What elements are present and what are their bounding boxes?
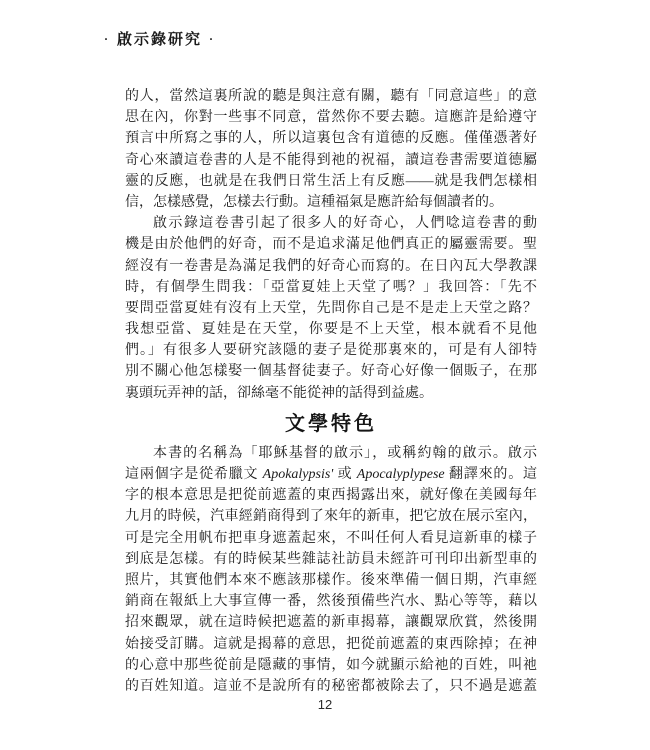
text-line: 銷商在報紙上大事宣傳一番，然後預備些汽水、點心等等，藉以 <box>125 591 537 612</box>
text-line: 時，有個學生問我：「亞當夏娃上天堂了嗎？」我回答：「先不 <box>125 277 537 298</box>
text-line: 的百姓知道。這並不是說所有的秘密都被除去了，只不過是遮蓋 <box>125 676 537 697</box>
text-line: 到底是怎樣。有的時候某些雜誌社訪員未經許可刊印出新型車的 <box>125 549 537 570</box>
text-line: 們。」有很多人要研究該隱的妻子是從那裏來的，可是有人卻特 <box>125 340 537 361</box>
text-line: 預言中所寫之事的人，所以這裏包含有道德的反應。僅僅憑著好 <box>125 128 537 149</box>
text-line: 機是由於他們的好奇，而不是追求滿足他們真正的屬靈需要。聖 <box>125 234 537 255</box>
running-header-title: 啟示錄研究 <box>117 32 202 48</box>
text-line: 的人，當然這裏所說的聽是與注意有關，聽有「同意這些」的意 <box>125 86 537 107</box>
text-line: 招來觀眾，就在這時候把遮蓋的新車揭幕，讓觀眾欣賞，然後開 <box>125 612 537 633</box>
text-line: 奇心來讀這卷書的人是不能得到祂的祝福，讀這卷書需要道德屬 <box>125 150 537 171</box>
text-line: 經沒有一卷書是為滿足我們的好奇心而寫的。在日內瓦大學教課 <box>125 256 537 277</box>
text-line: 九月的時候，汽車經銷商得到了來年的新車，把它放在展示室內， <box>125 506 537 527</box>
text-line: 字的根本意思是把從前遮蓋的東西揭露出來，就好像在美國每年 <box>125 485 537 506</box>
header-dot-left: · <box>104 32 110 46</box>
text-line: 的心意中那些從前是隱藏的事情，如今就顯示給祂的百姓，叫祂 <box>125 655 537 676</box>
text-line: 裏頭玩弄神的話，卻絲毫不能從神的話得到益處。 <box>125 383 537 404</box>
section-heading: 文學特色 <box>125 411 537 437</box>
text-line: 啟示錄這卷書引起了很多人的好奇心，人們唸這卷書的動 <box>125 213 537 234</box>
text-line: 要問亞當夏娃有沒有上天堂，先問你自己是不是走上天堂之路？ <box>125 298 537 319</box>
text-line: 可是完全用帆布把車身遮蓋起來，不叫任何人看見這新車的樣子 <box>125 528 537 549</box>
text-line: 思在內，你對一些事不同意，當然你不要去聽。這應許是給遵守 <box>125 107 537 128</box>
text-line: 別不關心他怎樣娶一個基督徒妻子。好奇心好像一個販子，在那 <box>125 361 537 382</box>
text-line: 靈的反應，也就是在我們日常生活上有反應——就是我們怎樣相 <box>125 171 537 192</box>
text-column: 的人，當然這裏所說的聽是與注意有關，聽有「同意這些」的意思在內，你對一些事不同意… <box>125 86 537 697</box>
page-number: 12 <box>0 697 650 712</box>
header-dot-right: · <box>209 32 215 46</box>
text-line: 始接受訂購。這就是揭幕的意思，把從前遮蓋的東西除掉；在神 <box>125 634 537 655</box>
text-line: 本書的名稱為「耶穌基督的啟示」，或稱約翰的啟示。啟示 <box>125 443 537 464</box>
book-page: ·啟示錄研究· 的人，當然這裏所說的聽是與注意有關，聽有「同意這些」的意思在內，… <box>0 0 650 750</box>
text-line: 這兩個字是從希臘文 Apokalypsis' 或 Apocalyplypese … <box>125 464 537 485</box>
text-line: 照片，其實他們本來不應該那樣作。後來準備一個日期，汽車經 <box>125 570 537 591</box>
text-line: 信，怎樣感覺，怎樣去行動。這種福氣是應許給每個讀者的。 <box>125 192 537 213</box>
text-line: 我想亞當、夏娃是在天堂，你要是不上天堂，根本就看不見他 <box>125 319 537 340</box>
running-header: ·啟示錄研究· <box>104 28 215 49</box>
